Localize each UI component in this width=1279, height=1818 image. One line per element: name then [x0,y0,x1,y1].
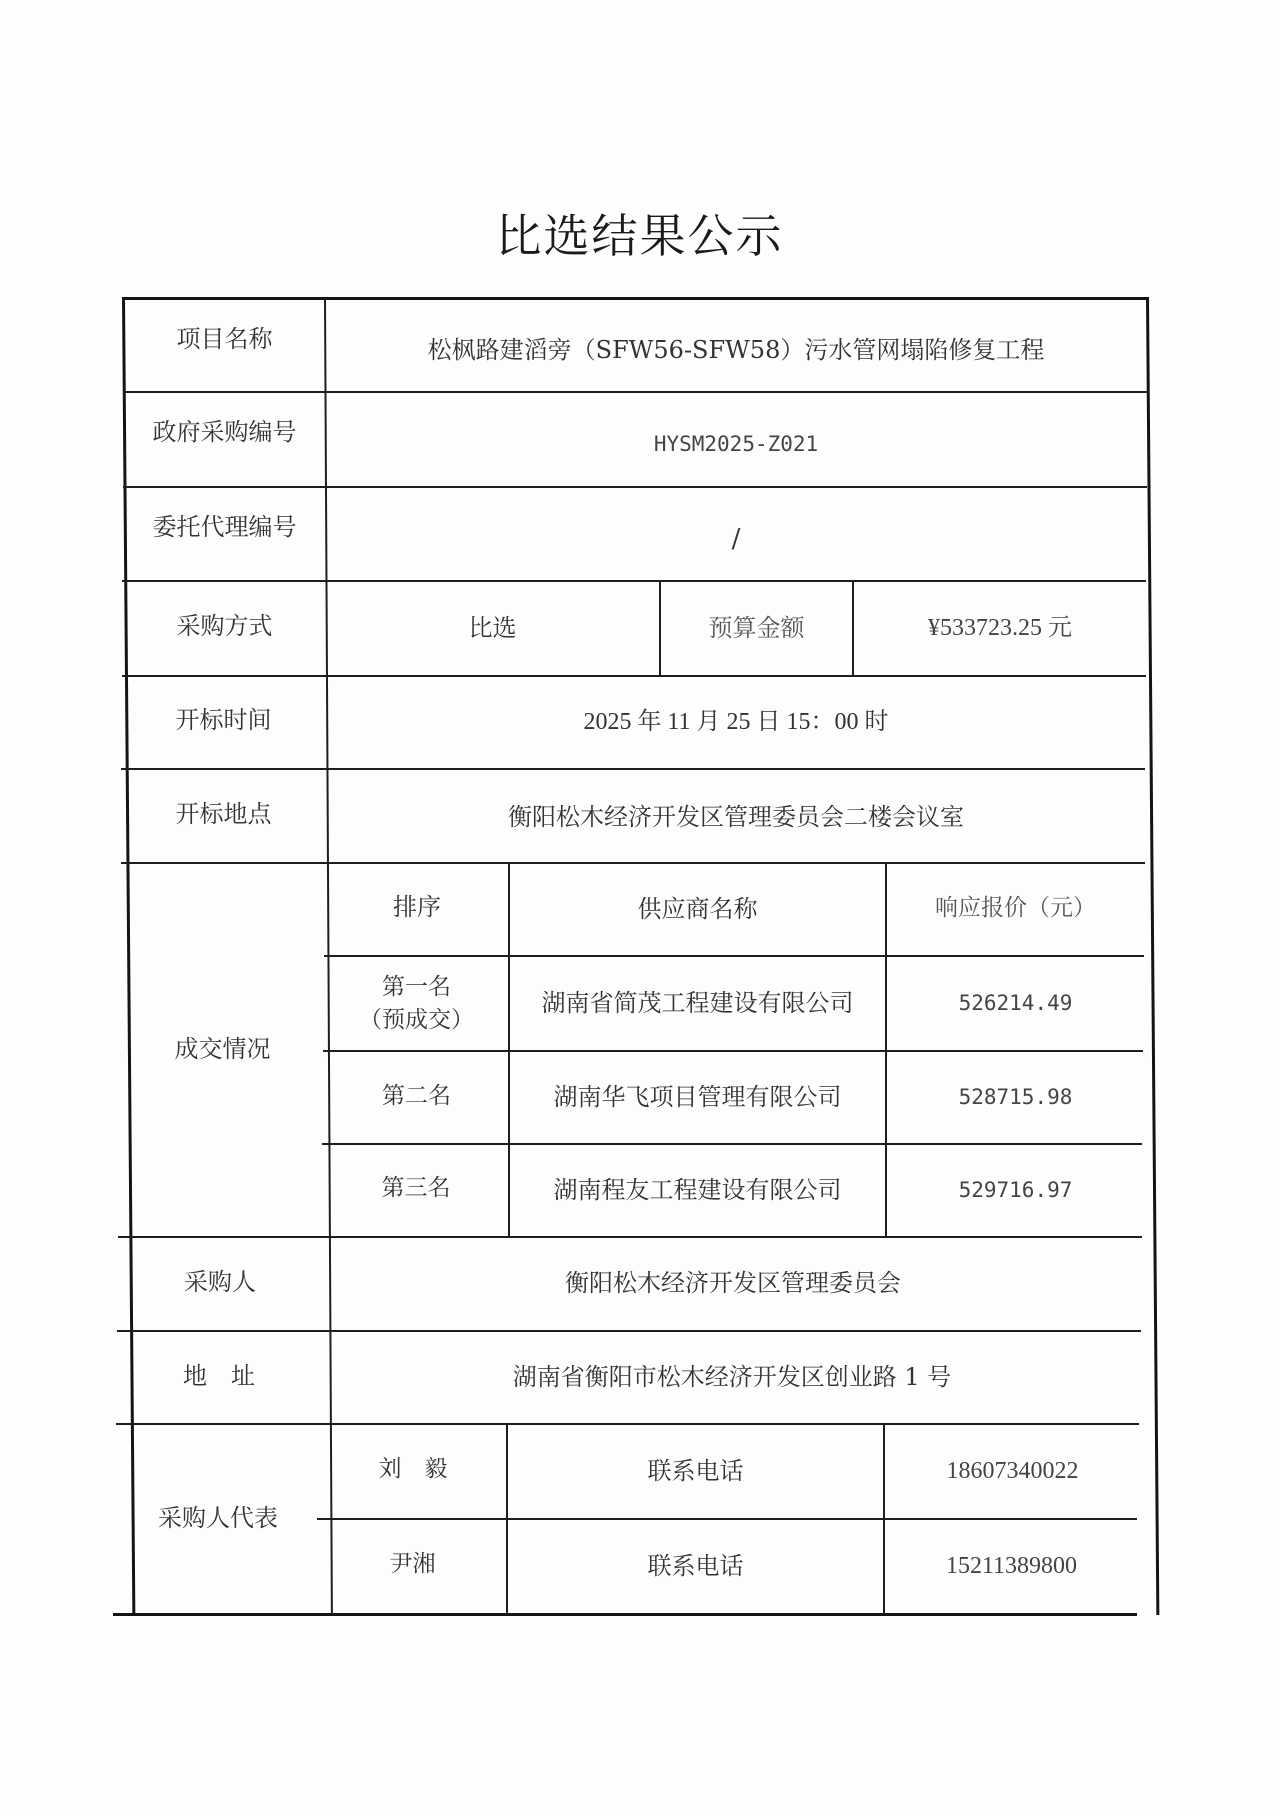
supplier-price: 526214.49 [887,957,1144,1050]
phone-number[interactable]: 15211389800 [885,1520,1138,1613]
label-deal: 成交情况 [122,864,323,1236]
gov-procurement-no-value: HYSM2025-Z021 [326,403,1146,487]
supplier-name: 湖南省简茂工程建设有限公司 [510,957,885,1050]
representative-name: 尹湘 [319,1520,506,1608]
supplier-name: 湖南华飞项目管理有限公司 [510,1052,885,1143]
header-price: 响应报价（元） [887,864,1144,952]
label-bid-opening-time: 开标时间 [124,677,323,765]
address-value: 湖南省衡阳市松木经济开发区创业路 1 号 [322,1332,1142,1423]
label-gov-procurement-no: 政府采购编号 [125,393,324,473]
table-border-right [1146,297,1159,1615]
representative-name: 刘 毅 [320,1425,506,1513]
bid-opening-time-value: 2025 年 11 月 25 日 15：00 时 [326,677,1146,768]
phone-label: 联系电话 [508,1425,883,1518]
project-name-value: 松枫路建滔旁（SFW56-SFW58）污水管网塌陷修复工程 [326,310,1146,392]
procurement-method-value: 比选 [326,582,659,675]
header-rank: 排序 [326,864,508,952]
table-row-rank: 第一名 （预成交） [325,957,508,1050]
label-procurement-method: 采购方式 [125,582,324,672]
label-bid-opening-place: 开标地点 [124,770,323,860]
label-project-name: 项目名称 [125,300,324,380]
supplier-name: 湖南程友工程建设有限公司 [510,1145,885,1236]
rank-label: 第一名 [382,971,451,1003]
label-budget: 预算金额 [661,582,852,675]
rank-label: 第三名 [324,1145,508,1231]
label-purchaser: 采购人 [119,1238,321,1328]
supplier-price: 528715.98 [887,1052,1144,1143]
label-representatives: 采购人代表 [117,1425,319,1613]
phone-label: 联系电话 [508,1520,883,1613]
bid-opening-place-value: 衡阳松木经济开发区管理委员会二楼会议室 [326,772,1146,863]
label-agency-no: 委托代理编号 [125,488,324,568]
rank-note: （预成交） [359,1004,474,1036]
label-address: 地 址 [118,1332,320,1422]
table-border-bottom [113,1613,1137,1616]
header-supplier: 供应商名称 [510,864,885,955]
rank-label: 第二名 [325,1052,508,1140]
agency-no-value: / [326,498,1146,580]
budget-value: ¥533723.25 元 [854,582,1146,675]
phone-number[interactable]: 18607340022 [885,1425,1140,1518]
page-title: 比选结果公示 [0,200,1279,266]
supplier-price: 529716.97 [887,1145,1144,1236]
purchaser-value: 衡阳松木经济开发区管理委员会 [323,1238,1143,1330]
